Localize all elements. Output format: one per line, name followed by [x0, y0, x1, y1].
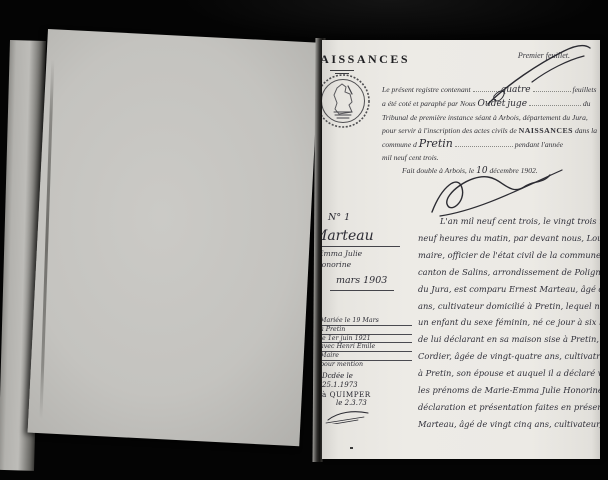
act-line: déclaration et présentation faites en pr…: [418, 399, 600, 416]
act-line: ans, cultivateur domicilié à Pretin, leq…: [418, 298, 600, 315]
margin-surname: Marteau: [322, 228, 374, 244]
statement-line-4: pour servir à l'inscription des actes ci…: [382, 124, 590, 137]
ink-speck: [350, 447, 353, 449]
page-title: NAISSANCES: [322, 52, 410, 67]
death-marginal-note: Dcdée le 25.1.1973 à QUIMPER le 2.3.73: [322, 372, 402, 408]
statement-line-6: mil neuf cent trois.: [382, 151, 590, 164]
act-line: L'an mil neuf cent trois, le vingt trois…: [418, 213, 600, 230]
dotted-rule: [455, 139, 513, 147]
margin-firstnames: Emma Julie: [322, 249, 362, 258]
margin-date-underline: [330, 290, 394, 291]
act-body-text: L'an mil neuf cent trois, le vingt trois…: [418, 213, 600, 433]
margin-firstnames-2: Honorine: [322, 260, 351, 269]
margin-underline: [322, 246, 400, 247]
act-line: les prénoms de Marie-Emma Julie Honorine…: [418, 382, 600, 399]
act-line: un enfant du sexe féminin, né ce jour à …: [418, 314, 600, 331]
act-line: du Jura, est comparu Ernest Marteau, âgé…: [418, 281, 600, 298]
marriage-marginal-note: Mariée le 19 Mars à Pretin le 1er juin 1…: [322, 317, 412, 369]
republique-francaise-seal-icon: [322, 72, 372, 130]
note-paraph-flourish: [324, 408, 384, 424]
statement-line-5: commune d Pretin pendant l'année: [382, 137, 590, 151]
act-line: de lui déclarant en sa maison sise à Pre…: [418, 331, 600, 348]
naissances-bold-word: NAISSANCES: [519, 126, 573, 135]
act-line: canton de Salins, arrondissement de Poli…: [418, 264, 600, 281]
act-line: neuf heures du matin, par devant nous, L…: [418, 230, 600, 247]
act-line: maire, officier de l'état civil de la co…: [418, 247, 600, 264]
handwritten-commune: Pretin: [419, 137, 453, 150]
register-right-page: NAISSANCES Premier feuillet. Le présent …: [322, 40, 600, 459]
blank-left-page: [28, 29, 320, 446]
act-line: à Pretin, son épouse et auquel il a décl…: [418, 365, 600, 382]
act-number: N° 1: [328, 212, 350, 223]
margin-date: mars 1903: [336, 275, 387, 286]
act-line: Cordier, âgée de vingt-quatre ans, culti…: [418, 348, 600, 365]
act-line: Marteau, âgé de vingt cinq ans, cultivat…: [418, 416, 600, 433]
scanned-register-image: NAISSANCES Premier feuillet. Le présent …: [0, 0, 608, 480]
top-signature-flourish: [480, 40, 600, 116]
